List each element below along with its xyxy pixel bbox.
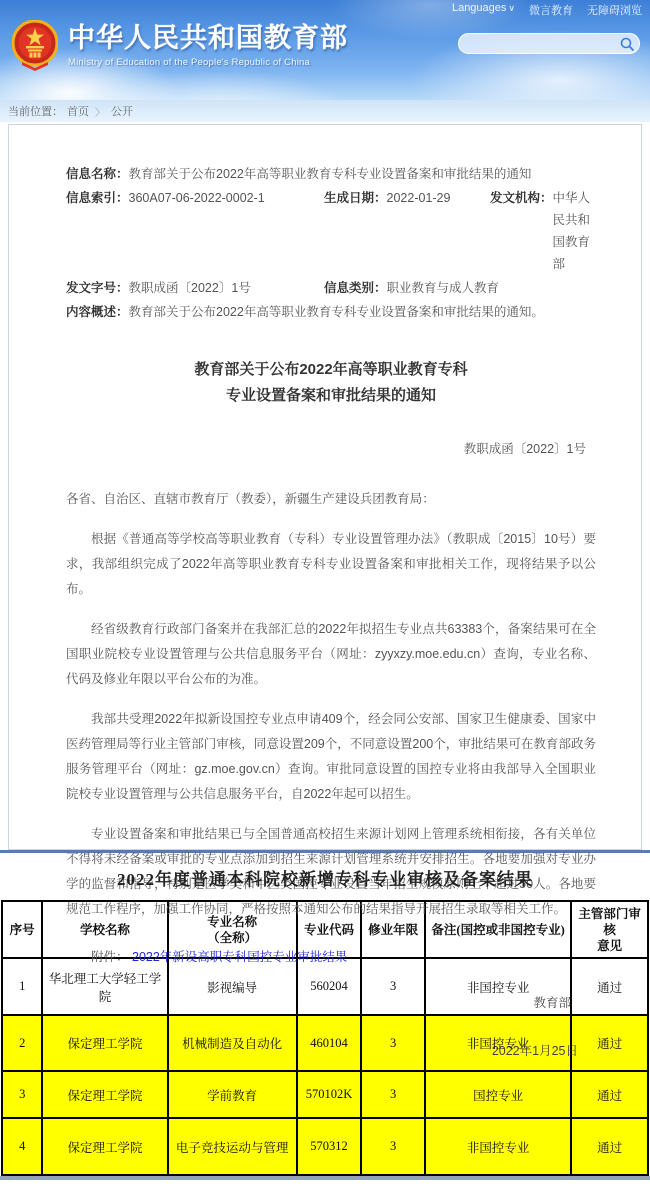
header-cell-opinion: 主管部门审核 意见	[571, 901, 648, 958]
national-emblem-icon	[12, 20, 58, 72]
cell-major: 学前教育	[168, 1071, 297, 1118]
cell-school: 保定理工学院	[42, 1071, 167, 1118]
wechat-education-link[interactable]: 微言教育	[529, 2, 573, 18]
meta-summary-value: 教育部关于公布2022年高等职业教育专科专业设置备案和审批结果的通知。	[129, 301, 544, 323]
document-body: 根据《普通高等学校高等职业教育（专科）专业设置管理办法》（教职成〔2015〕10…	[66, 527, 596, 922]
cell-major: 影视编导	[168, 958, 297, 1015]
search-button[interactable]	[619, 34, 639, 54]
meta-date-label: 生成日期：	[324, 187, 387, 275]
meta-name-value: 教育部关于公布2022年高等职业教育专科专业设置备案和审批结果的通知	[129, 163, 532, 185]
meta-agency: 发文机构： 中华人民共和国教育部	[490, 187, 596, 275]
meta-agency-label: 发文机构：	[490, 187, 553, 275]
cell-opinion: 通过	[571, 1071, 648, 1118]
cell-opinion: 通过	[571, 1118, 648, 1175]
paragraph: 根据《普通高等学校高等职业教育（专科）专业设置管理办法》（教职成〔2015〕10…	[66, 527, 596, 602]
paragraph: 我部共受理2022年拟新设国控专业点申请409个，经会同公安部、国家卫生健康委、…	[66, 707, 596, 807]
paragraph: 经省级教育行政部门备案并在我部汇总的2022年拟招生专业点共63383个，备案结…	[66, 617, 596, 692]
search-input[interactable]	[459, 34, 619, 53]
meta-category-value: 职业教育与成人教育	[387, 277, 500, 299]
cell-school: 保定理工学院	[42, 1118, 167, 1175]
meta-row-index: 信息索引： 360A07-06-2022-0002-1 生成日期： 2022-0…	[66, 187, 596, 275]
cell-school: 保定理工学院	[42, 1015, 167, 1071]
meta-docnum-label: 发文字号：	[66, 277, 129, 299]
breadcrumb-home-link[interactable]: 首页	[67, 103, 89, 119]
meta-summary-label: 内容概述：	[66, 301, 129, 323]
meta-row-summary: 内容概述： 教育部关于公布2022年高等职业教育专科专业设置备案和审批结果的通知…	[66, 301, 596, 323]
cell-index: 2	[2, 1015, 42, 1071]
site-header: Languages∨ 微言教育 无障碍浏览 中华人民共和国教育部 Ministr…	[0, 0, 650, 100]
cell-years: 3	[361, 1071, 425, 1118]
cell-years: 3	[361, 1118, 425, 1175]
cell-code: 560204	[297, 958, 362, 1015]
meta-row-docnum: 发文字号： 教职成函〔2022〕1号 信息类别： 职业教育与成人教育	[66, 277, 596, 299]
document-title-line1: 教育部关于公布2022年高等职业教育专科	[66, 357, 596, 383]
meta-category: 信息类别： 职业教育与成人教育	[324, 277, 499, 299]
accessibility-link[interactable]: 无障碍浏览	[587, 2, 642, 18]
cell-index: 3	[2, 1071, 42, 1118]
meta-gen-date: 生成日期： 2022-01-29	[324, 187, 490, 275]
site-subtitle: Ministry of Education of the People's Re…	[68, 57, 348, 68]
site-brand: 中华人民共和国教育部 Ministry of Education of the …	[12, 20, 348, 72]
meta-row-name: 信息名称： 教育部关于公布2022年高等职业教育专科专业设置备案和审批结果的通知	[66, 163, 596, 185]
document-title: 教育部关于公布2022年高等职业教育专科 专业设置备案和审批结果的通知	[66, 357, 596, 409]
cell-note: 国控专业	[425, 1071, 571, 1118]
document-panel: 信息名称： 教育部关于公布2022年高等职业教育专科专业设置备案和审批结果的通知…	[8, 124, 642, 850]
cell-major: 机械制造及自动化	[168, 1015, 297, 1071]
table-row: 3 保定理工学院 学前教育 570102K 3 国控专业 通过	[2, 1071, 648, 1118]
cell-opinion: 通过	[571, 958, 648, 1015]
languages-menu[interactable]: Languages∨	[452, 2, 515, 18]
next-row-edge	[0, 1176, 650, 1180]
cell-years: 3	[361, 958, 425, 1015]
document-salutation: 各省、自治区、直辖市教育厅（教委），新疆生产建设兵团教育局：	[66, 487, 596, 512]
site-title: 中华人民共和国教育部	[68, 22, 348, 54]
document-number: 教职成函〔2022〕1号	[66, 439, 586, 457]
chevron-down-icon: ∨	[508, 3, 515, 13]
meta-index-value: 360A07-06-2022-0002-1	[129, 187, 265, 275]
document-title-line2: 专业设置备案和审批结果的通知	[66, 383, 596, 409]
breadcrumb: 当前位置： 首页 〉 公开	[0, 100, 650, 122]
cell-index: 4	[2, 1118, 42, 1175]
table-row: 4 保定理工学院 电子竞技运动与管理 570312 3 非国控专业 通过	[2, 1118, 648, 1175]
search-box	[458, 33, 640, 54]
meta-docnum: 发文字号： 教职成函〔2022〕1号	[66, 277, 324, 299]
brand-text: 中华人民共和国教育部 Ministry of Education of the …	[68, 20, 348, 68]
cell-major: 电子竞技运动与管理	[168, 1118, 297, 1175]
attachment-label: 附件：	[91, 950, 129, 964]
cell-years: 3	[361, 1015, 425, 1071]
header-top-links: Languages∨ 微言教育 无障碍浏览	[452, 2, 642, 18]
cell-opinion: 通过	[571, 1015, 648, 1071]
meta-index-label: 信息索引：	[66, 187, 129, 275]
page: { "header": { "top_links": { "languages"…	[0, 0, 650, 1191]
breadcrumb-current-link[interactable]: 公开	[111, 103, 133, 119]
cell-school: 华北理工大学轻工学院	[42, 958, 167, 1015]
meta-category-label: 信息类别：	[324, 277, 387, 299]
attachment-link[interactable]: 2022年新设高职专科国控专业审批结果	[132, 950, 347, 964]
document-meta: 信息名称： 教育部关于公布2022年高等职业教育专科专业设置备案和审批结果的通知…	[66, 163, 596, 323]
cell-index: 1	[2, 958, 42, 1015]
breadcrumb-separator: 〉	[95, 104, 105, 119]
breadcrumb-label: 当前位置：	[8, 103, 63, 119]
meta-date-value: 2022-01-29	[387, 187, 451, 275]
meta-docnum-value: 教职成函〔2022〕1号	[129, 277, 251, 299]
meta-agency-value: 中华人民共和国教育部	[553, 187, 596, 275]
result-table: 序号 学校名称 专业名称 （全称） 专业代码 修业年限 备注(国控或非国控专业)…	[1, 900, 649, 1176]
cell-code: 570102K	[297, 1071, 362, 1118]
cell-code: 570312	[297, 1118, 362, 1175]
search-icon	[619, 36, 635, 52]
header-cell-index: 序号	[2, 901, 42, 958]
meta-name-label: 信息名称：	[66, 163, 129, 185]
cell-code: 460104	[297, 1015, 362, 1071]
meta-index: 信息索引： 360A07-06-2022-0002-1	[66, 187, 324, 275]
cell-note: 非国控专业	[425, 1118, 571, 1175]
